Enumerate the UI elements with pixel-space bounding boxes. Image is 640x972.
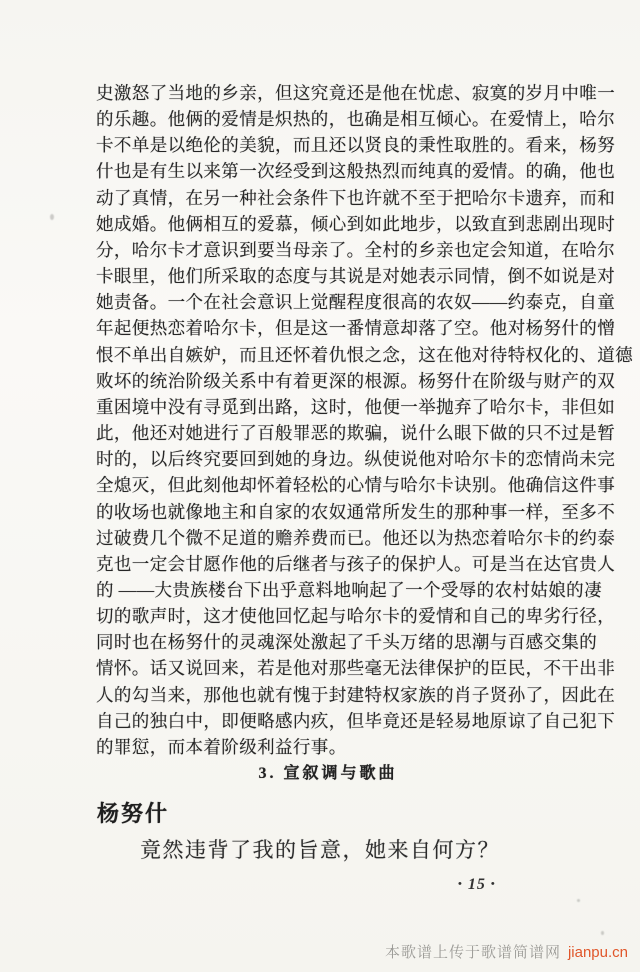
text-line: 卡不单是以绝伦的美貌，而且还以贤良的秉性取胜的。看来，杨努 [96,132,560,158]
dialogue-text: 竟然违背了我的旨意，她来自何方？ [140,834,500,864]
text-line: 自己的独白中，即便略感内疚，但毕竟还是轻易地原谅了自己犯下 [96,708,560,734]
page-number-value: 15 [468,876,486,893]
watermark-site-link: jianpu.cn [568,944,628,961]
text-line: 同时也在杨努什的灵魂深处激起了千头万绪的思潮与百感交集的 [96,629,560,655]
text-line: 她责备。一个在社会意识上觉醒程度很高的农奴——约泰克，自童 [96,289,560,315]
text-line: 卡眼里，他们所采取的态度与其说是对她表示同情，倒不如说是对 [96,263,560,289]
text-line: 年起便热恋着哈尔卡，但是这一番情意却落了空。他对杨努什的憎 [96,315,560,341]
text-line: 全熄灭，但此刻他却怀着轻松的心情与哈尔卡诀别。他确信这件事 [96,472,560,498]
text-line: 恨不单出自嫉妒，而且还怀着仇恨之念，这在他对待特权化的、道德 [96,342,560,368]
scan-speck [601,931,604,935]
text-line: 情怀。话又说回来，若是他对那些毫无法律保护的臣民，不干出非 [96,655,560,681]
page-number: •15• [453,876,501,894]
scan-speck [577,899,580,902]
text-line: 此，他还对她进行了百般罪恶的欺骗，说什么眼下做的只不过是暂 [96,420,560,446]
text-line: 时的，以后终究要回到她的身边。纵使说他对哈尔卡的恋情尚未完 [96,446,560,472]
text-line: 切的歌声时，这才使他回忆起与哈尔卡的爱情和自己的卑劣行径， [96,603,560,629]
text-line: 的乐趣。他俩的爱情是炽热的，也确是相互倾心。在爱情上，哈尔 [96,106,560,132]
scan-speck [50,214,54,220]
text-line: 她成婚。他俩相互的爱慕，倾心到如此地步，以致直到悲剧出现时 [96,211,560,237]
text-line: 的 ——大贵族楼台下出乎意料地响起了一个受辱的农村姑娘的凄 [96,577,560,603]
text-line: 史激怒了当地的乡亲，但这究竟还是他在忧虑、寂寞的岁月中唯一 [96,80,560,106]
page-number-left-dot: • [453,878,468,890]
page-number-right-dot: • [486,878,501,890]
text-line: 分，哈尔卡才意识到要当母亲了。全村的乡亲也定会知道，在哈尔 [96,237,560,263]
text-line: 重困境中没有寻觅到出路，这时，他便一举抛弃了哈尔卡，非但如 [96,394,560,420]
text-line: 的罪愆，而本着阶级利益行事。 [96,734,560,760]
text-line: 过破费几个微不足道的赡养费而已。他还以为热恋着哈尔卡的约泰 [96,525,560,551]
text-line: 人的勾当来，那他也就有愧于封建特权家族的肖子贤孙了，因此在 [96,682,560,708]
section-heading: 3. 宣叙调与歌曲 [96,760,560,783]
text-line: 什也是有生以来第一次经受到这般热烈而纯真的爱情。的确，他也 [96,158,560,184]
text-line: 动了真情，在另一种社会条件下也许就不至于把哈尔卡遗弃，而和 [96,185,560,211]
text-line: 败坏的统治阶级关系中有着更深的根源。杨努什在阶级与财产的双 [96,368,560,394]
speaker-name: 杨努什 [97,797,169,828]
watermark-text: 本歌谱上传于歌谱简谱网 [385,945,561,961]
scanned-book-page: 史激怒了当地的乡亲，但这究竟还是他在忧虑、寂寞的岁月中唯一 的乐趣。他俩的爱情是… [0,0,640,972]
text-line: 克也一定会甘愿作他的后继者与孩子的保护人。可是当在达官贵人 [96,551,560,577]
text-line: 的收场也就像地主和自家的农奴通常所发生的那种事一样，至多不 [96,499,560,525]
body-paragraph: 史激怒了当地的乡亲，但这究竟还是他在忧虑、寂寞的岁月中唯一 的乐趣。他俩的爱情是… [96,80,560,760]
watermark: 本歌谱上传于歌谱简谱网jianpu.cn [385,941,628,962]
